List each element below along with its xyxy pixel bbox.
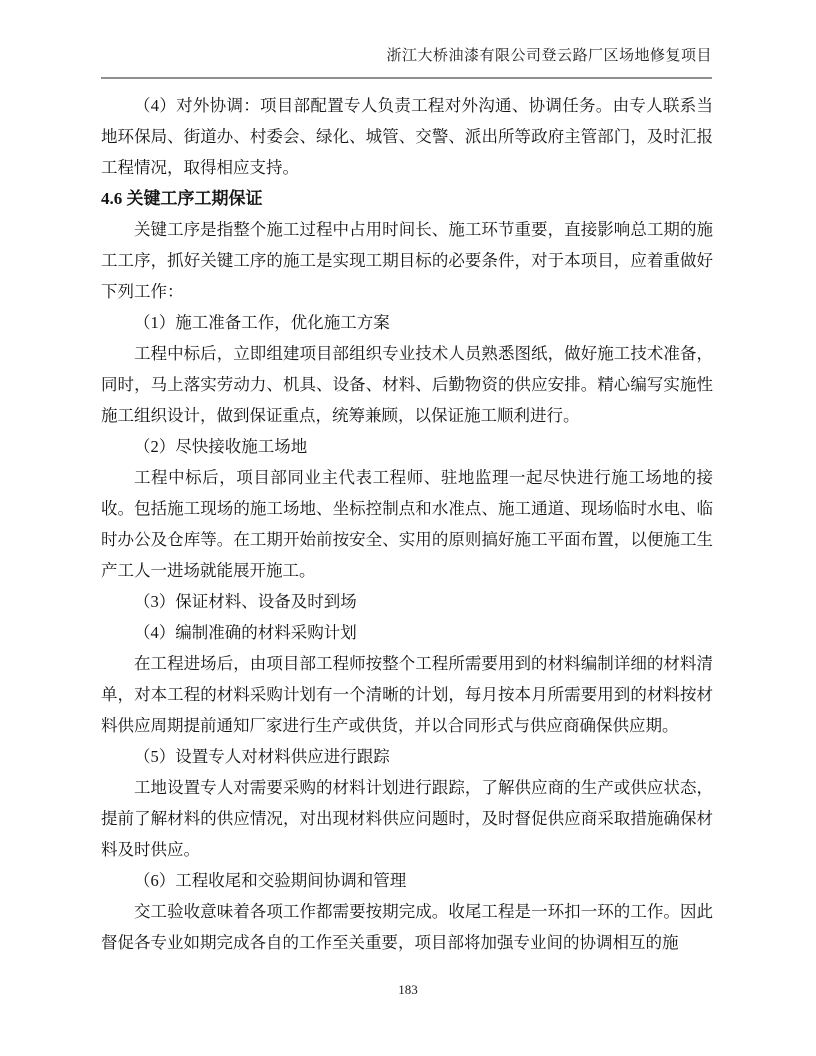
list-item-paragraph: （1）施工准备工作，优化施工方案 xyxy=(101,307,713,338)
page-number: 183 xyxy=(0,982,816,998)
list-item-paragraph: （2）尽快接收施工场地 xyxy=(101,431,713,462)
body-paragraph: 在工程进场后，由项目部工程师按整个工程所需要用到的材料编制详细的材料清单，对本工… xyxy=(101,648,713,741)
document-page: 浙江大桥油漆有限公司登云路厂区场地修复项目 （4）对外协调：项目部配置专人负责工… xyxy=(0,0,816,1056)
document-body: （4）对外协调：项目部配置专人负责工程对外沟通、协调任务。由专人联系当地环保局、… xyxy=(101,90,713,958)
list-item-paragraph: （4）编制准确的材料采购计划 xyxy=(101,617,713,648)
list-item-paragraph: （6）工程收尾和交验期间协调和管理 xyxy=(101,865,713,896)
body-paragraph: 工程中标后，项目部同业主代表工程师、驻地监理一起尽快进行施工场地的接收。包括施工… xyxy=(101,462,713,586)
body-paragraph: 工地设置专人对需要采购的材料计划进行跟踪，了解供应商的生产或供应状态，提前了解材… xyxy=(101,772,713,865)
body-paragraph: 工程中标后，立即组建项目部组织专业技术人员熟悉图纸，做好施工技术准备，同时，马上… xyxy=(101,338,713,431)
body-paragraph: 交工验收意味着各项工作都需要按期完成。收尾工程是一环扣一环的工作。因此督促各专业… xyxy=(101,896,713,958)
list-item-paragraph: （3）保证材料、设备及时到场 xyxy=(101,586,713,617)
body-paragraph: （4）对外协调：项目部配置专人负责工程对外沟通、协调任务。由专人联系当地环保局、… xyxy=(101,90,713,183)
body-paragraph: 关键工序是指整个施工过程中占用时间长、施工环节重要，直接影响总工期的施工工序，抓… xyxy=(101,214,713,307)
header-rule-divider xyxy=(101,77,712,79)
section-heading: 4.6 关键工序工期保证 xyxy=(101,183,713,214)
page-header-title: 浙江大桥油漆有限公司登云路厂区场地修复项目 xyxy=(101,44,712,65)
list-item-paragraph: （5）设置专人对材料供应进行跟踪 xyxy=(101,741,713,772)
